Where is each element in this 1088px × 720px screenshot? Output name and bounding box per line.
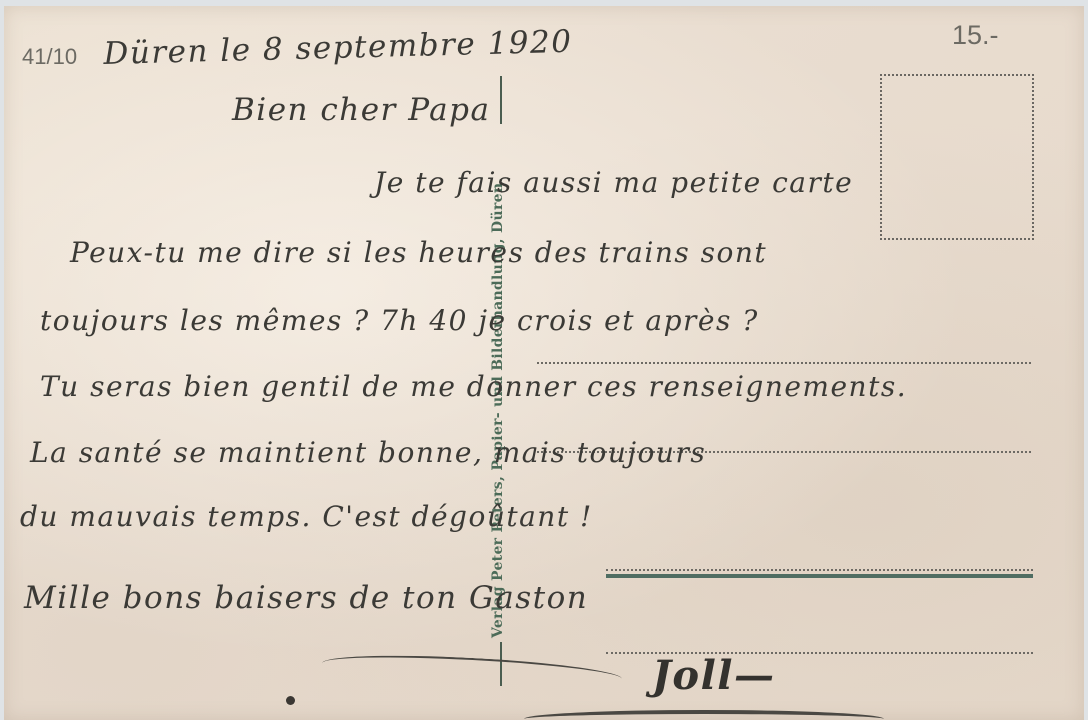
ink-blot <box>286 696 295 705</box>
message-line-3: toujours les mêmes ? 7h 40 je crois et a… <box>40 304 759 337</box>
message-line-2: Peux-tu me dire si les heures des trains… <box>70 236 767 269</box>
address-line-3 <box>606 569 1033 571</box>
catalog-number: 41/10 <box>22 44 77 70</box>
signature-flourish-1 <box>322 650 623 692</box>
signature: Joll— <box>652 652 776 699</box>
place-date: Düren le 8 septembre 1920 <box>103 24 573 72</box>
stamp-placeholder-box <box>880 74 1034 240</box>
postcard: 41/10 15.- Düren le 8 septembre 1920 Bie… <box>4 6 1084 720</box>
address-line-1 <box>537 362 1031 364</box>
message-line-4: Tu seras bien gentil de me donner ces re… <box>40 370 907 403</box>
address-green-rule <box>606 574 1033 578</box>
message-line-6: du mauvais temps. C'est dégoûtant ! <box>20 500 593 533</box>
divider-top <box>500 76 502 124</box>
signature-underline <box>524 710 884 720</box>
price-mark: 15.- <box>952 20 999 51</box>
salutation: Bien cher Papa <box>232 92 490 128</box>
message-line-1: Je te fais aussi ma petite carte <box>374 166 853 199</box>
closing-line: Mille bons baisers de ton Gaston <box>24 580 588 616</box>
message-line-5: La santé se maintient bonne, mais toujou… <box>30 436 706 469</box>
